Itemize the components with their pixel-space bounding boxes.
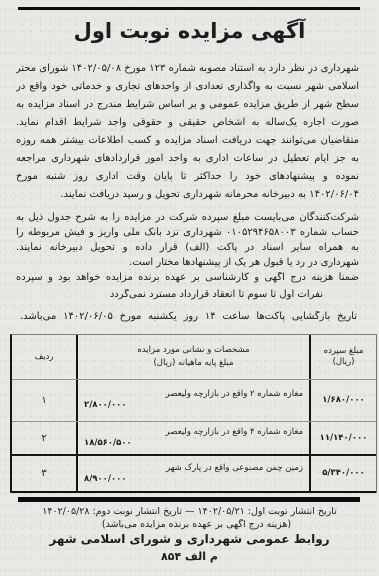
row2-base: ۱۸/۵۶۰/۵۰۰ xyxy=(84,438,303,449)
p1-line: صورت اجاره یک‌ساله به اشخاص حقیقی و حقوق… xyxy=(16,114,359,132)
row3-deposit: ۵/۳۴۰/۰۰۰ xyxy=(309,456,376,491)
scanned-auction-notice: آگهی مزایده نوبت اول شهرداری در نظر دارد… xyxy=(0,0,379,576)
footer-note: (هزینه درج آگهی بر عهده برنده مزایده می‌… xyxy=(60,519,333,530)
paragraph-1: شهرداری در نظر دارد به استناد مصوبه شمار… xyxy=(16,60,359,204)
header-deposit-cell: مبلغ سپرده (ریال) xyxy=(309,335,376,379)
table-row: ۵/۳۴۰/۰۰۰ زمین چمن مصنوعی واقع در پارک ش… xyxy=(12,456,376,493)
p3-line-3: تاریخ بازگشایی پاکت‌ها ساعت ۱۴ روز یکشنب… xyxy=(20,311,357,322)
header-base-label: مبلغ پایه ماهیانه (ریال) xyxy=(84,358,303,369)
p1-line: به جز ایام تعطیل در ساعات اداری به واحد … xyxy=(16,150,359,168)
p1-line: نموده و پیشنهادهای خود را حداکثر تا پایا… xyxy=(16,168,359,186)
row1-base: ۲/۸۰۰/۰۰۰ xyxy=(84,400,303,411)
p2-line: شهرداری در رد یا قبول هر یک از پیشنهادها… xyxy=(16,255,359,270)
table-row: ۱۱/۱۴۰/۰۰۰ مغازه شماره ۴ واقع در بازارچه… xyxy=(12,422,376,457)
p2-line: حساب شماره ۰۱۰۵۲۹۴۶۵۸۰۰۳ شهرداری نزد بان… xyxy=(16,225,359,240)
p2-line: شرکت‌کنندگان می‌بایست مبلغ سپرده شرکت در… xyxy=(16,210,359,225)
bottom-rule xyxy=(18,497,360,502)
row1-desc-cell: مغازه شماره ۲ واقع در بازارچه ولیعصر ۲/۸… xyxy=(76,380,309,420)
top-rule xyxy=(18,7,360,10)
notice-title: آگهی مزایده نوبت اول xyxy=(0,19,379,43)
row2-deposit: ۱۱/۱۴۰/۰۰۰ xyxy=(309,422,376,455)
p1-line: سطح شهر از طریق مزایده عمومی و بر اساس ش… xyxy=(16,96,359,114)
table-header-row: مبلغ سپرده (ریال) مشخصات و نشانی مورد مز… xyxy=(12,335,376,380)
p1-line: شهرداری در نظر دارد به استناد مصوبه شمار… xyxy=(16,60,359,78)
row2-desc-cell: مغازه شماره ۴ واقع در بازارچه ولیعصر ۱۸/… xyxy=(76,422,309,455)
m-alef-code: م الف ۸۵۴ xyxy=(30,550,349,563)
p1-line: متقاضیان می‌توانند جهت دریافت اسناد مزای… xyxy=(16,132,359,150)
header-deposit-line1: مبلغ سپرده xyxy=(324,346,364,357)
row3-number: ۳ xyxy=(12,468,76,479)
p3-line-1: ضمناً هزینه درج آگهی و کارشناسی بر عهده … xyxy=(16,272,359,283)
publication-dates: تاریخ انتشار نوبت اول: ۱۴۰۲/۰۵/۲۱ — تاری… xyxy=(24,506,355,517)
row3-desc-cell: زمین چمن مصنوعی واقع در پارک شهر ۸/۹۰۰/۰… xyxy=(76,456,309,491)
p1-line: ۱۴۰۲/۰۶/۰۴ به دبیرخانه محرمانه شهرداری ت… xyxy=(16,186,359,204)
p2-line: به همراه سایر اسناد در پاکت (الف) قرار د… xyxy=(16,240,359,255)
header-rowno-label: ردیف xyxy=(12,352,76,362)
header-deposit-line2: (ریال) xyxy=(333,357,355,368)
auction-table: مبلغ سپرده (ریال) مشخصات و نشانی مورد مز… xyxy=(10,334,377,493)
row2-number: ۲ xyxy=(12,433,76,444)
row3-desc: زمین چمن مصنوعی واقع در پارک شهر xyxy=(84,463,303,474)
row3-base: ۸/۹۰۰/۰۰۰ xyxy=(84,474,303,485)
header-desc-label: مشخصات و نشانی مورد مزایده xyxy=(84,345,303,356)
header-desc-cell: مشخصات و نشانی مورد مزایده مبلغ پایه ماه… xyxy=(76,335,309,379)
row1-desc: مغازه شماره ۲ واقع در بازارچه ولیعصر xyxy=(84,389,303,400)
issuing-organization: روابط عمومی شهرداری و شورای اسلامی شهر xyxy=(30,532,349,546)
paragraph-2: شرکت‌کنندگان می‌بایست مبلغ سپرده شرکت در… xyxy=(16,210,359,270)
p3-line-2: نفرات اول تا سوم تا انعقاد قرارداد مسترد… xyxy=(110,289,323,300)
row1-deposit: ۱/۶۸۰/۰۰۰ xyxy=(309,380,376,420)
table-row: ۱/۶۸۰/۰۰۰ مغازه شماره ۲ واقع در بازارچه … xyxy=(12,380,376,421)
row2-desc: مغازه شماره ۴ واقع در بازارچه ولیعصر xyxy=(84,427,303,438)
row1-number: ۱ xyxy=(12,395,76,406)
p1-line: اسلامی شهر نسبت به واگذاری تعدادی از واح… xyxy=(16,78,359,96)
